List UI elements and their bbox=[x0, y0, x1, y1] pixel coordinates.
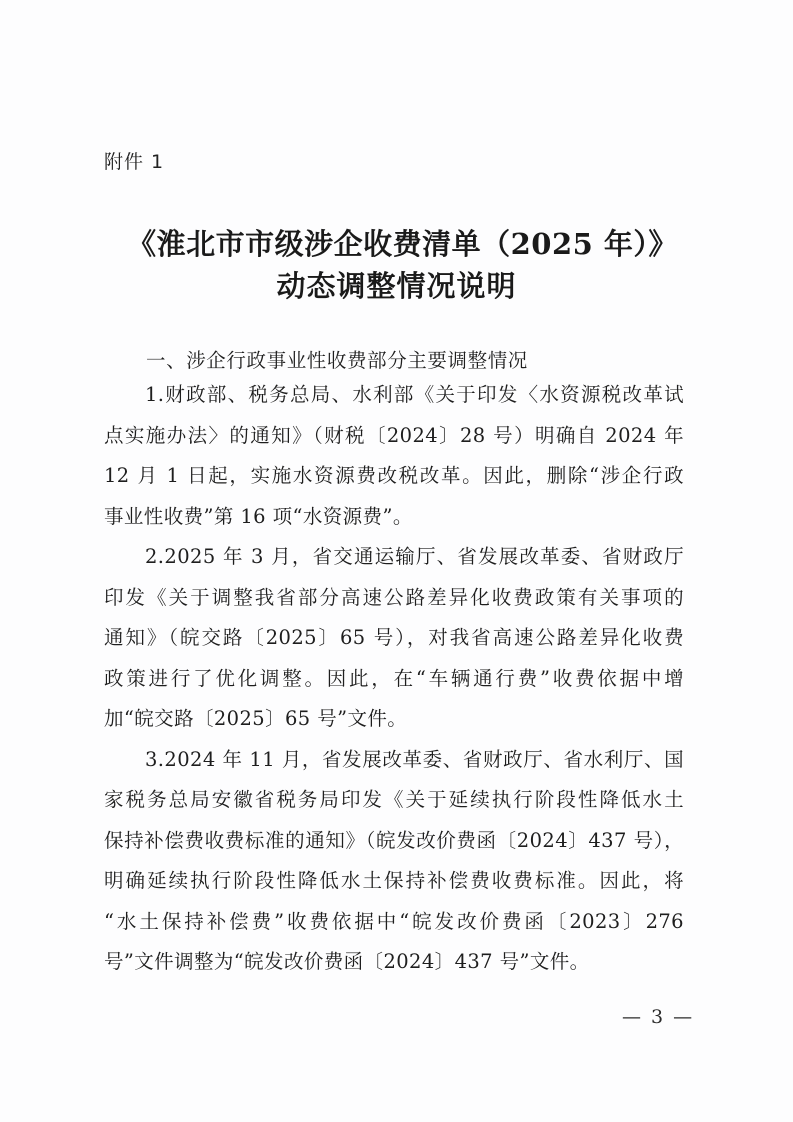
paragraph-line: 明确延续执行阶段性降低水土保持补偿费收费标准。因此，将 bbox=[104, 869, 684, 893]
section-heading: 一、涉企行政事业性收费部分主要调整情况 bbox=[146, 345, 528, 373]
paragraph-line: 加“皖交路〔2025〕65 号”文件。 bbox=[104, 707, 684, 731]
paragraph-line: 12 月 1 日起，实施水资源费改税改革。因此，删除“涉企行政 bbox=[104, 464, 684, 488]
attachment-label: 附件 1 bbox=[104, 147, 164, 174]
paragraph-line: “水土保持补偿费”收费依据中“皖发改价费函〔2023〕276 bbox=[104, 910, 684, 934]
paragraph-line: 点实施办法〉的通知》（财税〔2024〕28 号）明确自 2024 年 bbox=[104, 424, 684, 448]
paragraph-line: 3.2024 年 11 月，省发展改革委、省财政厅、省水利厅、国 bbox=[145, 748, 684, 772]
paragraph-line: 印发《关于调整我省部分高速公路差异化收费政策有关事项的 bbox=[104, 586, 684, 610]
paragraph-line: 家税务总局安徽省税务局印发《关于延续执行阶段性降低水土 bbox=[104, 788, 684, 812]
document-title-line-1: 《淮北市市级涉企收费清单（2025 年）》 bbox=[6, 222, 793, 263]
paragraph-line: 政策进行了优化调整。因此，在“车辆通行费”收费依据中增 bbox=[104, 667, 684, 691]
paragraph-line: 通知》（皖交路〔2025〕65 号），对我省高速公路差异化收费 bbox=[104, 626, 684, 650]
document-title-line-2: 动态调整情况说明 bbox=[0, 264, 793, 305]
page-number: — 3 — bbox=[622, 1006, 694, 1028]
document-page: 附件 1 《淮北市市级涉企收费清单（2025 年）》 动态调整情况说明 一、涉企… bbox=[0, 0, 793, 1122]
paragraph-line: 1.财政部、税务总局、水利部《关于印发〈水资源税改革试 bbox=[145, 383, 684, 407]
paragraph-line: 2.2025 年 3 月，省交通运输厅、省发展改革委、省财政厅 bbox=[145, 545, 684, 569]
paragraph-line: 保持补偿费收费标准的通知》（皖发改价费函〔2024〕437 号）， bbox=[104, 829, 684, 853]
paragraph-line: 事业性收费”第 16 项“水资源费”。 bbox=[104, 505, 684, 529]
paragraph-line: 号”文件调整为“皖发改价费函〔2024〕437 号”文件。 bbox=[104, 950, 684, 974]
